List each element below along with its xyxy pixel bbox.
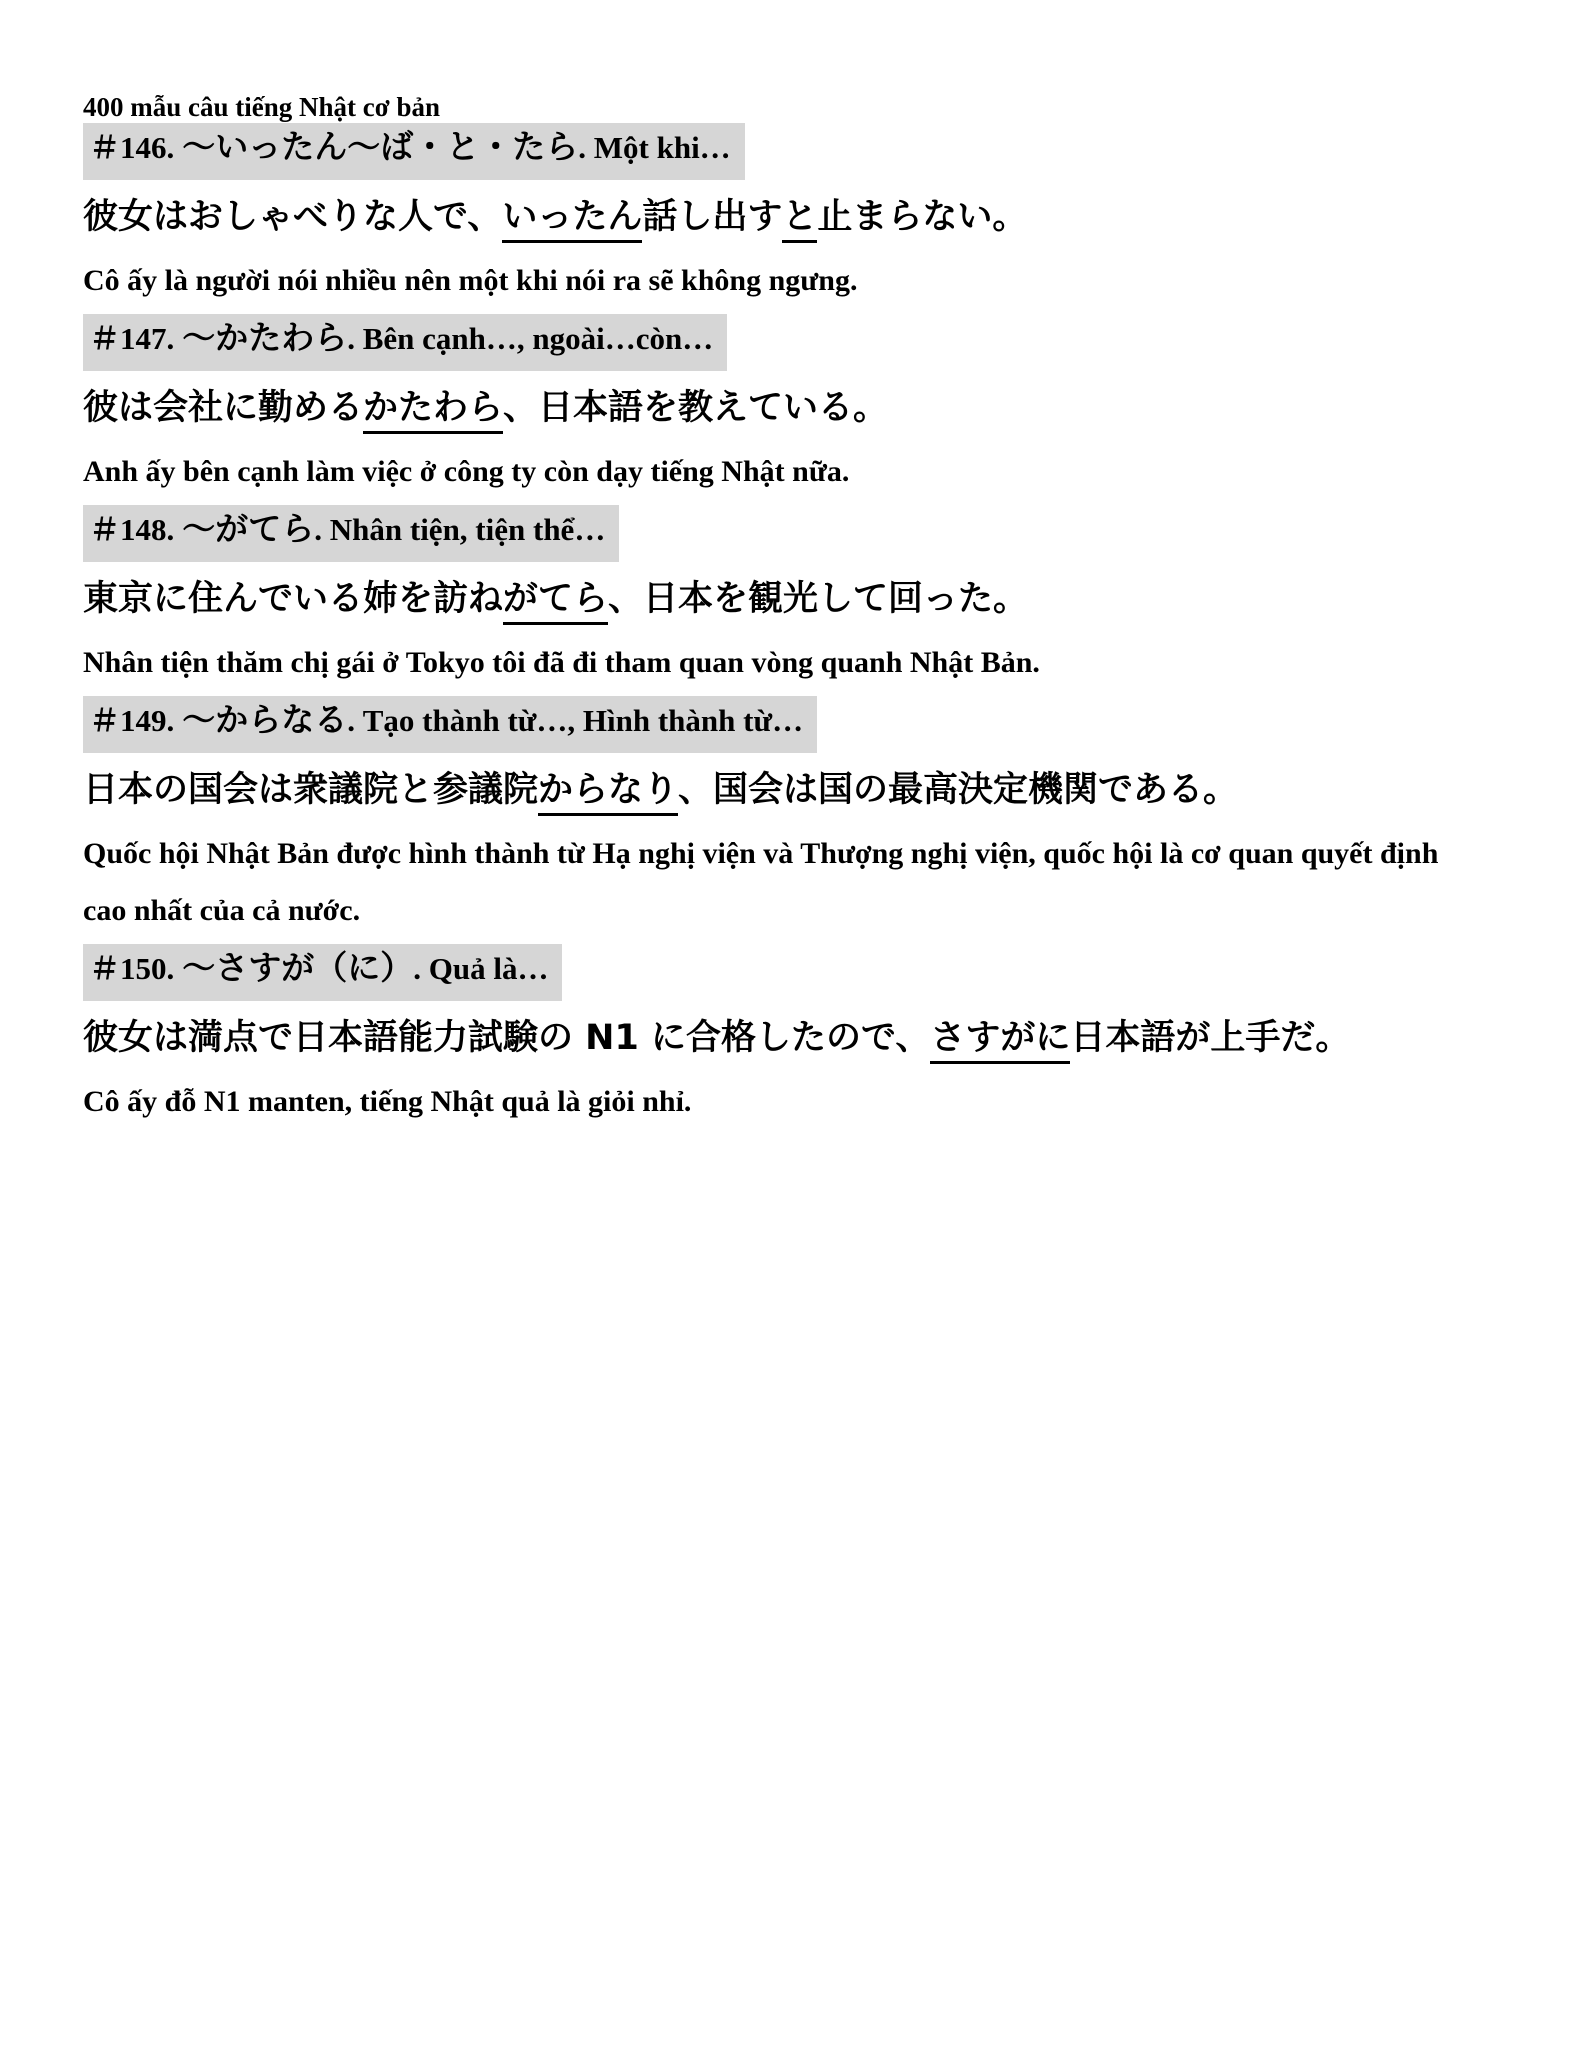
sentence-segment: 彼女は満点で日本語能力試験の N1 に合格したので、 — [83, 1018, 930, 1058]
sentence-segment: 日本語が上手だ。 — [1070, 1018, 1350, 1058]
sentence-segment-underlined: さすがに — [930, 1018, 1070, 1064]
grammar-entry-150: ＃150.～さすが（に）. Quả là… 彼女は満点で日本語能力試験の N1 … — [83, 944, 1483, 1130]
sentence-segment: 、国会は国の最高決定機関である。 — [678, 770, 1238, 810]
sentence-segment: 東京に住んでいる姉を訪ね — [83, 579, 503, 619]
entry-heading: ＃148.～がてら. Nhân tiện, tiện thể… — [83, 505, 619, 562]
example-sentence-jp: 彼は会社に勤めるかたわら、日本語を教えている。 — [83, 390, 1483, 426]
grammar-entry-146: ＃146.～いったん～ば・と・たら. Một khi… 彼女はおしゃべりな人で、… — [83, 123, 1483, 309]
entry-pattern-jp: ～からなる — [182, 700, 347, 739]
entry-heading: ＃147.～かたわら. Bên cạnh…, ngoài…còn… — [83, 314, 727, 371]
entry-number: ＃148. — [89, 512, 174, 547]
grammar-entry-148: ＃148.～がてら. Nhân tiện, tiện thể… 東京に住んでいる… — [83, 505, 1483, 691]
example-sentence-jp: 彼女は満点で日本語能力試験の N1 に合格したので、さすがに日本語が上手だ。 — [83, 1020, 1483, 1056]
entry-number: ＃146. — [89, 130, 174, 165]
entry-meaning-vi: . Một khi… — [578, 130, 730, 165]
sentence-segment: 彼は会社に勤める — [83, 388, 363, 428]
sentence-segment: 、日本を観光して回った。 — [608, 579, 1028, 619]
entry-meaning-vi: . Nhân tiện, tiện thể… — [314, 512, 605, 547]
sentence-segment: 話し出す — [642, 197, 782, 237]
document-page: 400 mẫu câu tiếng Nhật cơ bản ＃146.～いったん… — [83, 92, 1483, 1135]
entry-heading: ＃146.～いったん～ば・と・たら. Một khi… — [83, 123, 745, 180]
document-title: 400 mẫu câu tiếng Nhật cơ bản — [83, 92, 1483, 122]
sentence-segment: 、日本語を教えている。 — [503, 388, 888, 428]
sentence-segment-underlined: いったん — [502, 197, 642, 243]
sentence-segment: 止まらない。 — [817, 197, 1027, 237]
sentence-segment-underlined: かたわら — [363, 388, 503, 434]
entry-number: ＃147. — [89, 321, 174, 356]
sentence-segment: 日本の国会は衆議院と参議院 — [83, 770, 538, 810]
entry-pattern-jp: ～いったん～ば・と・たら — [182, 127, 578, 166]
entry-number: ＃149. — [89, 703, 174, 738]
entry-meaning-vi: . Quả là… — [413, 951, 548, 986]
translation-vi: Nhân tiện thăm chị gái ở Tokyo tôi đã đi… — [83, 634, 1468, 691]
translation-vi: Anh ấy bên cạnh làm việc ở công ty còn d… — [83, 443, 1468, 500]
entry-meaning-vi: . Bên cạnh…, ngoài…còn… — [347, 321, 713, 356]
translation-vi: Quốc hội Nhật Bản được hình thành từ Hạ … — [83, 825, 1468, 939]
example-sentence-jp: 東京に住んでいる姉を訪ねがてら、日本を観光して回った。 — [83, 581, 1483, 617]
entry-meaning-vi: . Tạo thành từ…, Hình thành từ… — [347, 703, 803, 738]
grammar-entry-147: ＃147.～かたわら. Bên cạnh…, ngoài…còn… 彼は会社に勤… — [83, 314, 1483, 500]
entry-pattern-jp: ～がてら — [182, 509, 314, 548]
entry-heading: ＃149.～からなる. Tạo thành từ…, Hình thành từ… — [83, 696, 817, 753]
entry-pattern-jp: ～さすが（に） — [182, 948, 413, 987]
sentence-segment-underlined: がてら — [503, 579, 608, 625]
translation-vi: Cô ấy là người nói nhiều nên một khi nói… — [83, 252, 1468, 309]
sentence-segment: 彼女はおしゃべりな人で、 — [83, 197, 502, 237]
entry-heading: ＃150.～さすが（に）. Quả là… — [83, 944, 562, 1001]
grammar-entry-149: ＃149.～からなる. Tạo thành từ…, Hình thành từ… — [83, 696, 1483, 939]
entry-pattern-jp: ～かたわら — [182, 318, 347, 357]
example-sentence-jp: 彼女はおしゃべりな人で、いったん話し出すと止まらない。 — [83, 199, 1483, 235]
translation-vi: Cô ấy đỗ N1 manten, tiếng Nhật quả là gi… — [83, 1073, 1468, 1130]
entry-number: ＃150. — [89, 951, 174, 986]
sentence-segment-underlined: からなり — [538, 770, 678, 816]
example-sentence-jp: 日本の国会は衆議院と参議院からなり、国会は国の最高決定機関である。 — [83, 772, 1483, 808]
sentence-segment-underlined: と — [782, 197, 817, 243]
